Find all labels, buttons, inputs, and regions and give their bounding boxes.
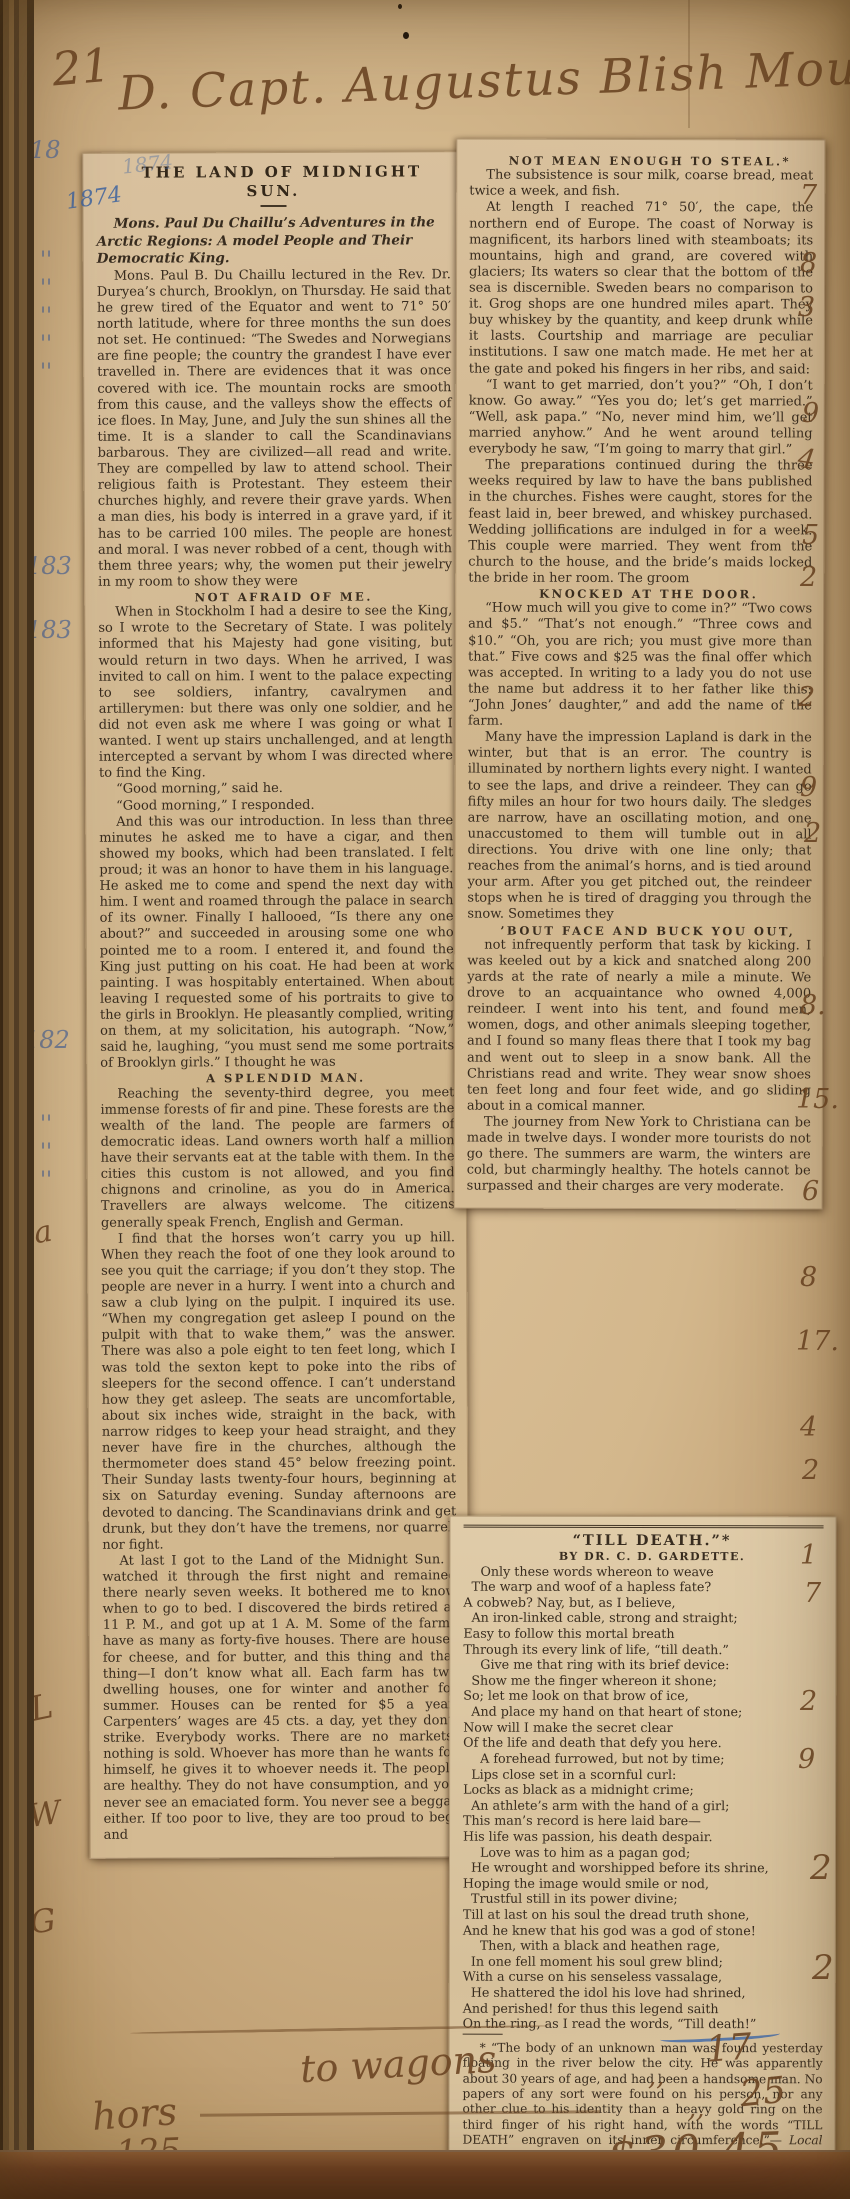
margin-ditto: '' [40,248,52,273]
poem-stanza: Then, with a black and heathen rage, In … [463,1938,823,2032]
section-heading: NOT MEAN ENOUGH TO STEAL.* [469,154,813,169]
margin-number: 2 [812,1948,834,1988]
margin-number: 7 [800,180,817,211]
margin-ditto: '' [40,304,52,329]
poem-byline: BY DR. C. D. GARDETTE. [463,1550,823,1564]
margin-number: 5 [802,520,819,551]
margin-number: 2 [798,682,815,713]
margin-number: 1 [800,1540,817,1571]
article-paragraph: The journey from New York to Christiana … [467,1115,811,1196]
article-paragraph: Mons. Paul B. Du Chaillu lectured in the… [97,267,452,591]
section-heading: KNOCKED AT THE DOOR. [468,587,812,602]
handwritten-page-number: 21 [50,38,113,97]
article-paragraph: not infrequently perform that task by ki… [467,937,811,1115]
margin-number: 17. [796,1326,839,1357]
margin-number: 15. [796,1084,839,1115]
ditto-mark: ,, [648,2062,665,2092]
article-paragraph: And this was our introduction. In less t… [99,813,454,1072]
margin-number: 8. [800,990,826,1021]
margin-ditto: '' [40,276,52,301]
poem-stanza: Give me that ring with its brief device:… [463,1657,823,1751]
article-paragraph: Reaching the seventy-third degree, you m… [100,1085,455,1232]
margin-number: 2 [800,1686,817,1717]
article-paragraph: At length I reached 71° 50′, the cape, t… [469,200,813,378]
scrapbook-page: 21 D. Capt. Augustus Blish Moulton 1874 … [0,0,850,2199]
poem-stanza: A forehead furrowed, but not by time; Li… [463,1751,823,1845]
margin-number: 8 [800,1262,817,1293]
ditto-mark: ,, [688,2094,705,2124]
margin-number: 2 [802,1455,819,1486]
poem-stanza: Love was to him as a pagan god; He wroug… [463,1844,823,1938]
ledger-amount: 25 [738,2070,788,2116]
ink-dot [398,4,402,9]
margin-number: 8 [800,248,817,279]
poem-stanza: Only these words whereon to weave The wa… [463,1563,823,1657]
margin-number: 3 [798,292,815,323]
article-paragraph: “Good morning,” said he. [99,781,453,799]
poem-title: “TILL DEATH.”* [464,1532,824,1551]
ink-dot [403,32,409,39]
article-paragraph: “How much will you give to come in?” “Tw… [468,601,812,731]
article-paragraph: “I want to get married, don’t you?” “Oh,… [469,377,813,458]
article-paragraph: The subsistence is sour milk, coarse bre… [469,168,813,201]
margin-ditto: '' [40,332,52,357]
margin-number: 7 [804,1578,821,1609]
margin-number: 2 [804,818,821,849]
newspaper-clipping-right-column: NOT MEAN ENOUGH TO STEAL.* The subsisten… [454,139,826,1209]
margin-number: 2 [800,562,817,593]
margin-ditto: '' [40,1112,52,1137]
margin-note: 18 [30,136,61,164]
footnote-rule [463,2034,503,2035]
margin-flourish: a [31,1214,55,1252]
headline-rule [261,205,287,207]
article-paragraph: Many have the impression Lapland is dark… [467,730,812,924]
article-paragraph: “Good morning,” I responded. [99,797,453,815]
article-paragraph: When in Stockholm I had a desire to see … [98,603,453,782]
ledger-amount: 17 [705,2026,754,2070]
margin-number: 9 [800,772,817,803]
book-cover-bottom-edge [0,2150,850,2199]
margin-ditto: '' [40,1168,52,1193]
article-paragraph: The preparations continued during the th… [468,458,812,588]
margin-number: 2 [810,1848,832,1888]
article-paragraph: At last I got to the Land of the Midnigh… [102,1552,457,1844]
divider-rule [464,1525,824,1529]
newspaper-clipping-left-column: THE LAND OF MIDNIGHT SUN. Mons. Paul Du … [82,151,469,1858]
article-paragraph: I find that the horses won’t carry you u… [101,1230,456,1554]
margin-number: 4 [800,1412,817,1443]
margin-number: 6 [802,1176,819,1207]
handwritten-owner-name: D. Capt. Augustus Blish Moulton [117,37,850,121]
margin-ditto: '' [40,360,52,385]
margin-ditto: '' [40,1140,52,1165]
margin-number: 9 [802,398,819,429]
section-heading: A SPLENDID MAN. [100,1071,454,1087]
book-binding-edge [0,0,34,2199]
section-heading: ’BOUT FACE AND BUCK YOU OUT, [467,923,811,938]
section-heading: NOT AFRAID OF ME. [98,589,452,605]
margin-number: 9 [798,1744,815,1775]
article-subtitle: Mons. Paul Du Chaillu’s Adventures in th… [97,214,451,268]
